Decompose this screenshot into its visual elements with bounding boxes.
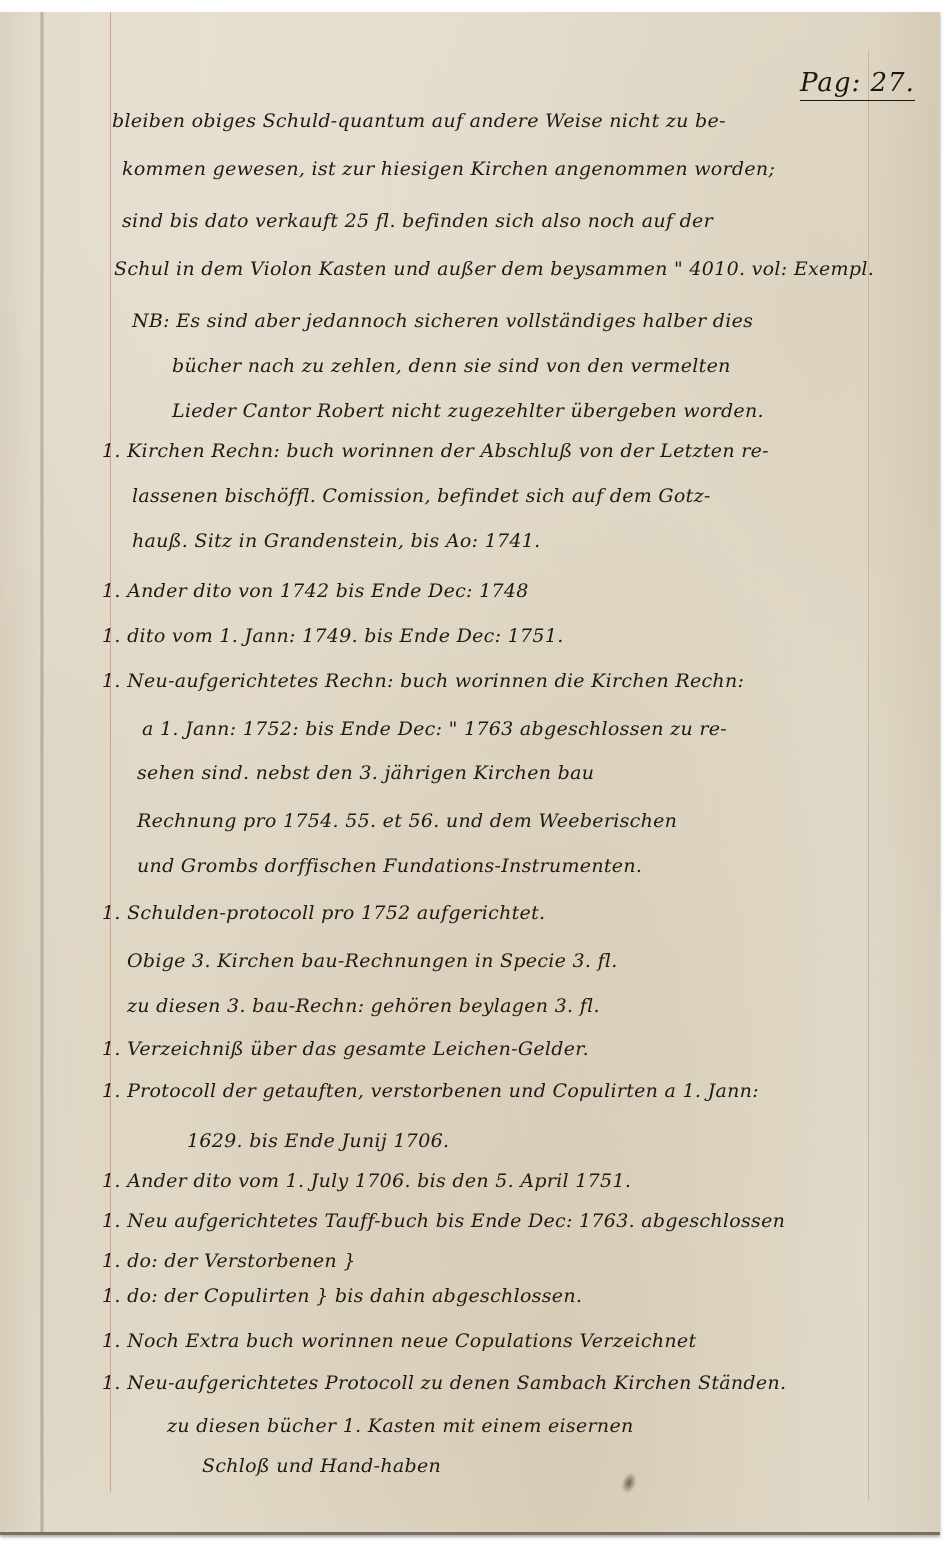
manuscript-line: 1. Kirchen Rechn: buch worinnen der Absc… [102,440,769,462]
manuscript-line: 1. Neu-aufgerichtetes Protocoll zu denen… [102,1372,786,1394]
manuscript-line: 1629. bis Ende Junij 1706. [187,1130,449,1152]
manuscript-line: und Grombs dorffischen Fundations-Instru… [137,855,642,877]
manuscript-line: Lieder Cantor Robert nicht zugezehlter ü… [172,400,764,422]
manuscript-line: zu diesen bücher 1. Kasten mit einem eis… [167,1415,634,1437]
binding-gutter [40,12,44,1532]
manuscript-line: 1. Verzeichniß über das gesamte Leichen-… [102,1038,589,1060]
manuscript-line: bücher nach zu zehlen, denn sie sind von… [172,355,731,377]
manuscript-line: lassenen bischöffl. Comission, befindet … [132,485,711,507]
manuscript-line: Schul in dem Violon Kasten und außer dem… [114,258,874,280]
manuscript-line: bleiben obiges Schuld-quantum auf andere… [112,110,726,132]
manuscript-line: hauß. Sitz in Grandenstein, bis Ao: 1741… [132,530,541,552]
manuscript-line: 1. Schulden-protocoll pro 1752 aufgerich… [102,902,545,924]
manuscript-line: 1. Neu-aufgerichtetes Rechn: buch worinn… [102,670,744,692]
manuscript-line: Rechnung pro 1754. 55. et 56. und dem We… [137,810,677,832]
manuscript-line: kommen gewesen, ist zur hiesigen Kirchen… [122,158,775,180]
manuscript-line: zu diesen 3. bau-Rechn: gehören beylagen… [127,995,600,1017]
manuscript-line: sehen sind. nebst den 3. jährigen Kirche… [137,762,594,784]
manuscript-line: 1. Ander dito vom 1. July 1706. bis den … [102,1170,631,1192]
manuscript-line: Schloß und Hand-haben [202,1455,441,1477]
manuscript-line: 1. Ander dito von 1742 bis Ende Dec: 174… [102,580,529,602]
manuscript-line: sind bis dato verkauft 25 fl. befinden s… [122,210,713,232]
page-number: Pag: 27. [800,68,915,101]
manuscript-line: 1. Protocoll der getauften, verstorbenen… [102,1080,759,1102]
manuscript-line: 1. Neu aufgerichtetes Tauff-buch bis End… [102,1210,785,1232]
manuscript-line: Obige 3. Kirchen bau-Rechnungen in Speci… [127,950,618,972]
manuscript-line: 1. dito vom 1. Jann: 1749. bis Ende Dec:… [102,625,564,647]
manuscript-line: 1. do: der Verstorbenen } [102,1250,356,1272]
manuscript-line: NB: Es sind aber jedannoch sicheren voll… [132,310,753,332]
manuscript-line: 1. do: der Copulirten } bis dahin abgesc… [102,1285,582,1307]
manuscript-line: a 1. Jann: 1752: bis Ende Dec: " 1763 ab… [142,718,727,740]
manuscript-line: 1. Noch Extra buch worinnen neue Copulat… [102,1330,696,1352]
